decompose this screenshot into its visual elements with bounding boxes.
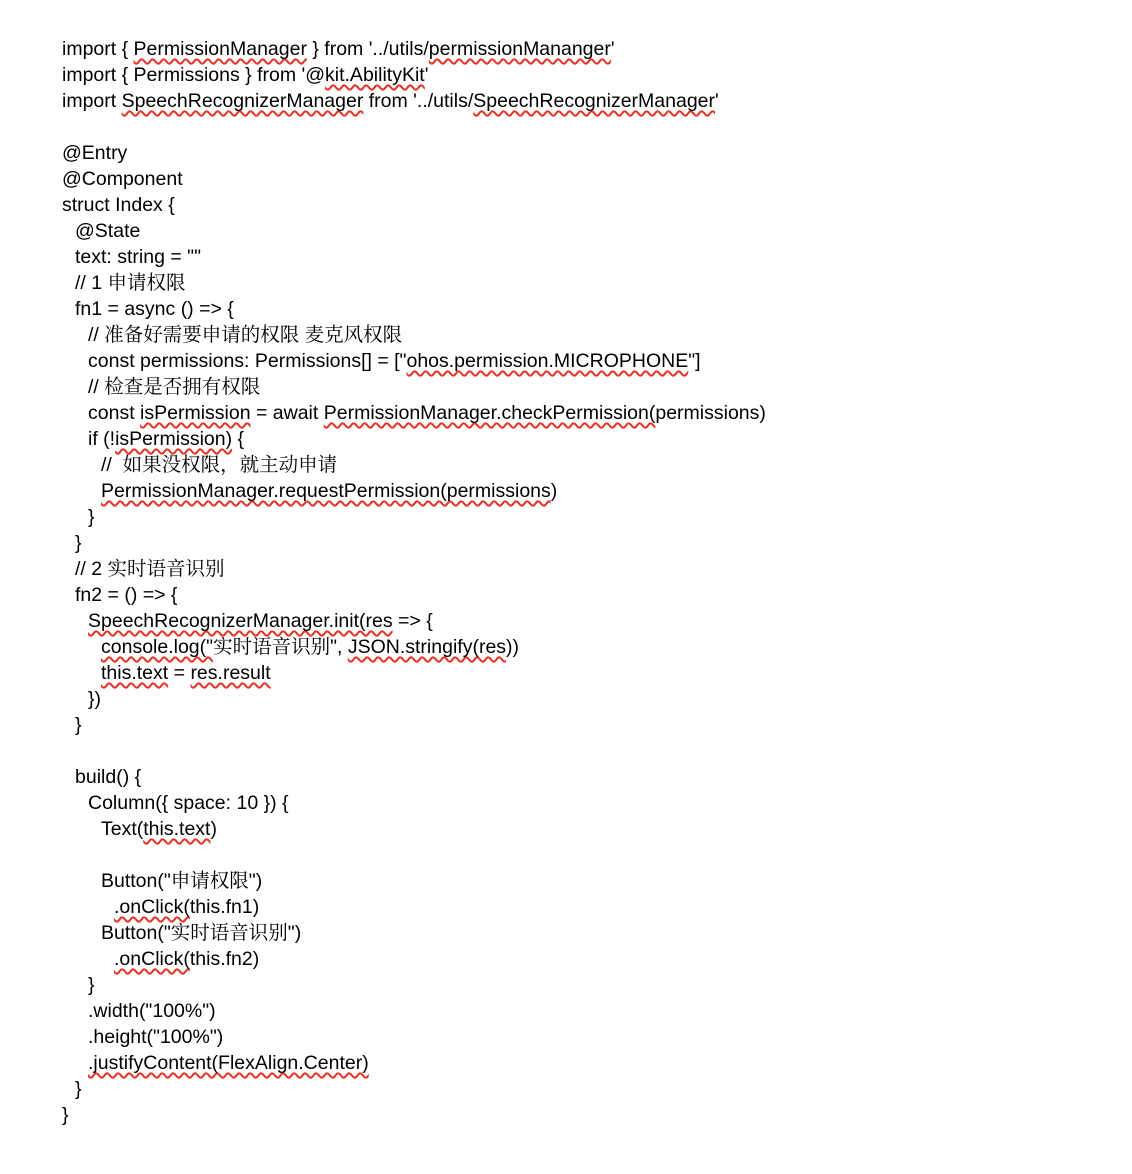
- code-token: const permissions: Permissions[] = [": [88, 350, 406, 372]
- misspelled-token: ohos.permission.MICROPHONE: [406, 350, 688, 372]
- code-token: permissions): [655, 402, 766, 424]
- blank-line: [62, 842, 1112, 868]
- code-token: ): [551, 480, 558, 502]
- code-line: @Entry: [62, 140, 1112, 166]
- code-line: this.text = res.result: [62, 660, 1112, 686]
- blank-line: [62, 114, 1112, 140]
- code-token: if (!: [88, 428, 115, 450]
- misspelled-token: .onClick(: [114, 948, 190, 970]
- code-token: 实时语音识别",: [213, 636, 348, 658]
- code-token: // 1 申请权限: [75, 272, 186, 294]
- code-line: // 如果没权限，就主动申请: [62, 452, 1112, 478]
- code-token: }: [62, 1104, 69, 1126]
- code-line: fn1 = async () => {: [62, 296, 1112, 322]
- code-line: }: [62, 504, 1112, 530]
- code-line: PermissionManager.requestPermission(perm…: [62, 478, 1112, 504]
- misspelled-token: this.text: [101, 662, 168, 684]
- code-token: .width("100%"): [88, 1000, 216, 1022]
- code-line: struct Index {: [62, 192, 1112, 218]
- misspelled-token: JSON.stringify(res: [348, 636, 506, 658]
- code-token: text: string = "": [75, 246, 201, 268]
- misspelled-token: SpeechRecognizerManager: [122, 90, 364, 112]
- code-line: // 2 实时语音识别: [62, 556, 1112, 582]
- code-line: const isPermission = await PermissionMan…: [62, 400, 1112, 426]
- code-line: }: [62, 1102, 1112, 1128]
- code-token: // 检查是否拥有权限: [88, 376, 260, 398]
- code-line: }: [62, 530, 1112, 556]
- code-line: SpeechRecognizerManager.init(res => {: [62, 608, 1112, 634]
- code-token: fn1 = async () => {: [75, 298, 234, 320]
- code-token: @State: [75, 220, 140, 242]
- misspelled-token: SpeechRecognizerManager: [473, 90, 715, 112]
- misspelled-token: isPermission: [140, 402, 251, 424]
- code-token: }: [88, 974, 95, 996]
- misspelled-token: PermissionManager.requestPermission(perm…: [101, 480, 551, 502]
- code-line: Text(this.text): [62, 816, 1112, 842]
- code-line: // 检查是否拥有权限: [62, 374, 1112, 400]
- misspelled-token: console.log(": [101, 636, 213, 658]
- code-token: struct Index {: [62, 194, 175, 216]
- misspelled-token: PermissionManager: [134, 38, 307, 60]
- code-line: Button("申请权限"): [62, 868, 1112, 894]
- code-line: @State: [62, 218, 1112, 244]
- code-token: => {: [393, 610, 433, 632]
- code-token: build() {: [75, 766, 141, 788]
- code-line: text: string = "": [62, 244, 1112, 270]
- code-token: .height("100%"): [88, 1026, 223, 1048]
- code-line: console.log("实时语音识别", JSON.stringify(res…: [62, 634, 1112, 660]
- code-token: {: [232, 428, 244, 450]
- code-line: .onClick(this.fn1): [62, 894, 1112, 920]
- misspelled-token: SpeechRecognizerManager.init(res: [88, 610, 393, 632]
- misspelled-token: permissionMananger: [429, 38, 611, 60]
- document-page: import { PermissionManager } from '../ut…: [0, 0, 1132, 1174]
- code-token: = await: [251, 402, 324, 424]
- code-token: // 2 实时语音识别: [75, 558, 225, 580]
- code-token: import { Permissions } from '@: [62, 64, 325, 86]
- code-line: Button("实时语音识别"): [62, 920, 1112, 946]
- code-token: }: [88, 506, 95, 528]
- code-token: const: [88, 402, 140, 424]
- code-token: import: [62, 90, 122, 112]
- code-line: .justifyContent(FlexAlign.Center): [62, 1050, 1112, 1076]
- code-token: ': [715, 90, 719, 112]
- blank-line: [62, 738, 1112, 764]
- misspelled-token: this.text: [143, 818, 210, 840]
- code-token: ': [425, 64, 429, 86]
- code-line: Column({ space: 10 }) {: [62, 790, 1112, 816]
- code-token: "]: [688, 350, 700, 372]
- code-token: }): [88, 688, 101, 710]
- code-line: if (!isPermission) {: [62, 426, 1112, 452]
- misspelled-token: kit.AbilityKit: [325, 64, 425, 86]
- code-line: import { Permissions } from '@kit.Abilit…: [62, 62, 1112, 88]
- code-token: } from '../utils/: [307, 38, 429, 60]
- code-line: fn2 = () => {: [62, 582, 1112, 608]
- code-token: Button("实时语音识别"): [101, 922, 301, 944]
- code-line: @Component: [62, 166, 1112, 192]
- code-token: }: [75, 532, 82, 554]
- code-line: import SpeechRecognizerManager from '../…: [62, 88, 1112, 114]
- code-token: ': [611, 38, 615, 60]
- code-line: }: [62, 712, 1112, 738]
- code-token: ): [210, 818, 217, 840]
- code-token: =: [168, 662, 190, 684]
- code-token: @Entry: [62, 142, 127, 164]
- code-line: build() {: [62, 764, 1112, 790]
- code-editor-surface[interactable]: import { PermissionManager } from '../ut…: [0, 0, 1132, 1128]
- code-token: this.fn2): [190, 948, 259, 970]
- code-line: }: [62, 972, 1112, 998]
- code-token: Button("申请权限"): [101, 870, 262, 892]
- misspelled-token: PermissionManager.checkPermission(: [324, 402, 656, 424]
- code-token: import {: [62, 38, 134, 60]
- code-line: .onClick(this.fn2): [62, 946, 1112, 972]
- code-token: // 准备好需要申请的权限 麦克风权限: [88, 324, 402, 346]
- code-line: // 准备好需要申请的权限 麦克风权限: [62, 322, 1112, 348]
- code-line: }): [62, 686, 1112, 712]
- code-token: }: [75, 1078, 82, 1100]
- code-token: // 如果没权限，就主动申请: [101, 454, 337, 476]
- code-token: Text(: [101, 818, 143, 840]
- misspelled-token: .onClick(: [114, 896, 190, 918]
- misspelled-token: isPermission): [115, 428, 232, 450]
- code-line: const permissions: Permissions[] = ["oho…: [62, 348, 1112, 374]
- misspelled-token: .justifyContent(FlexAlign.Center): [88, 1052, 369, 1074]
- code-token: }: [75, 714, 82, 736]
- misspelled-token: res.result: [190, 662, 270, 684]
- code-line: .width("100%"): [62, 998, 1112, 1024]
- code-line: // 1 申请权限: [62, 270, 1112, 296]
- code-line: }: [62, 1076, 1112, 1102]
- code-line: import { PermissionManager } from '../ut…: [62, 36, 1112, 62]
- code-token: )): [506, 636, 519, 658]
- code-token: from '../utils/: [363, 90, 473, 112]
- code-token: fn2 = () => {: [75, 584, 177, 606]
- code-token: this.fn1): [190, 896, 259, 918]
- code-token: @Component: [62, 168, 183, 190]
- code-token: Column({ space: 10 }) {: [88, 792, 289, 814]
- code-line: .height("100%"): [62, 1024, 1112, 1050]
